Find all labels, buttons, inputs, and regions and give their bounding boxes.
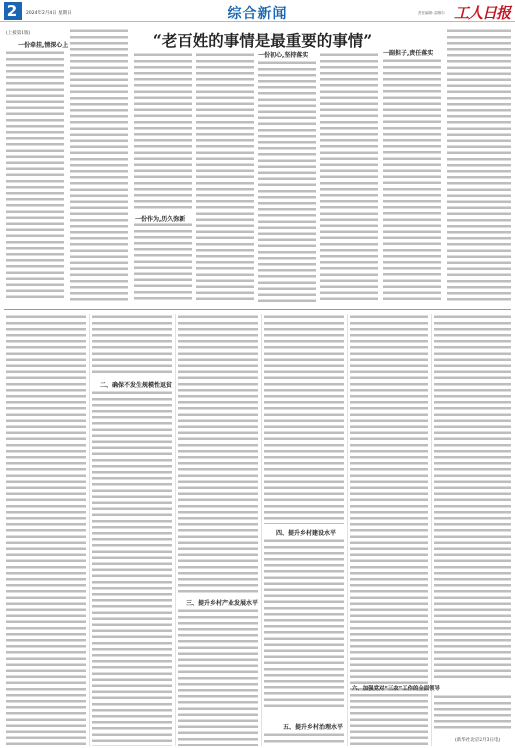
column-rule (261, 314, 262, 746)
document-column-4c (264, 732, 344, 746)
section-head-4: 四、提升乡村建设水平 (276, 528, 336, 537)
column-rule (431, 314, 432, 746)
column-rule (175, 314, 176, 746)
section-head-2: 二、确保不发生规模性返贫 (100, 380, 172, 389)
subhead-4: 一副担子,责任落实 (383, 48, 433, 57)
document-column-2b (92, 390, 172, 746)
subhead-3: 一份初心,坚持落实 (258, 50, 308, 59)
section-head-5: 五、提升乡村治理水平 (283, 722, 343, 731)
document-column-5 (350, 314, 428, 746)
document-column-2a (92, 314, 172, 376)
article-column-6 (320, 52, 378, 302)
article-headline: “老百姓的事情是最重要的事情” (150, 29, 375, 51)
section-head-3: 三、提升乡村产业发展水平 (186, 598, 258, 607)
article-column-8 (447, 28, 511, 302)
editor-credit: 责任编辑: 邵维尔 (418, 11, 445, 16)
article-column-1 (6, 50, 64, 302)
section-head-6: 六、加强党对“三农”工作的全面领导 (352, 684, 440, 692)
column-rule (89, 314, 90, 746)
document-column-3a (178, 314, 258, 594)
article-column-3b (134, 222, 192, 302)
document-column-6a (434, 314, 511, 680)
document-column-6b (434, 694, 511, 730)
document-column-1 (6, 314, 86, 746)
column-rule (347, 314, 348, 746)
article-column-7 (383, 58, 441, 302)
masthead: 2 2024年2月4日 星期日 综合新闻 责任编辑: 邵维尔 工人日报 (0, 0, 515, 22)
article-column-5 (258, 60, 316, 302)
subhead-1: 一份牵挂,情深心上 (18, 40, 68, 49)
section-divider (4, 309, 511, 310)
article-column-2 (70, 28, 128, 302)
continued-from-kicker: (上接第1版) (6, 30, 30, 36)
dateline-ending: (新华社北京2月3日电) (455, 737, 500, 743)
document-column-4b (264, 538, 344, 710)
document-column-4a (264, 314, 344, 524)
document-column-3b (178, 608, 258, 746)
newspaper-logo: 工人日报 (454, 2, 510, 23)
article-column-4 (196, 52, 254, 302)
text-lines (6, 50, 64, 302)
article-column-3a (134, 52, 192, 212)
